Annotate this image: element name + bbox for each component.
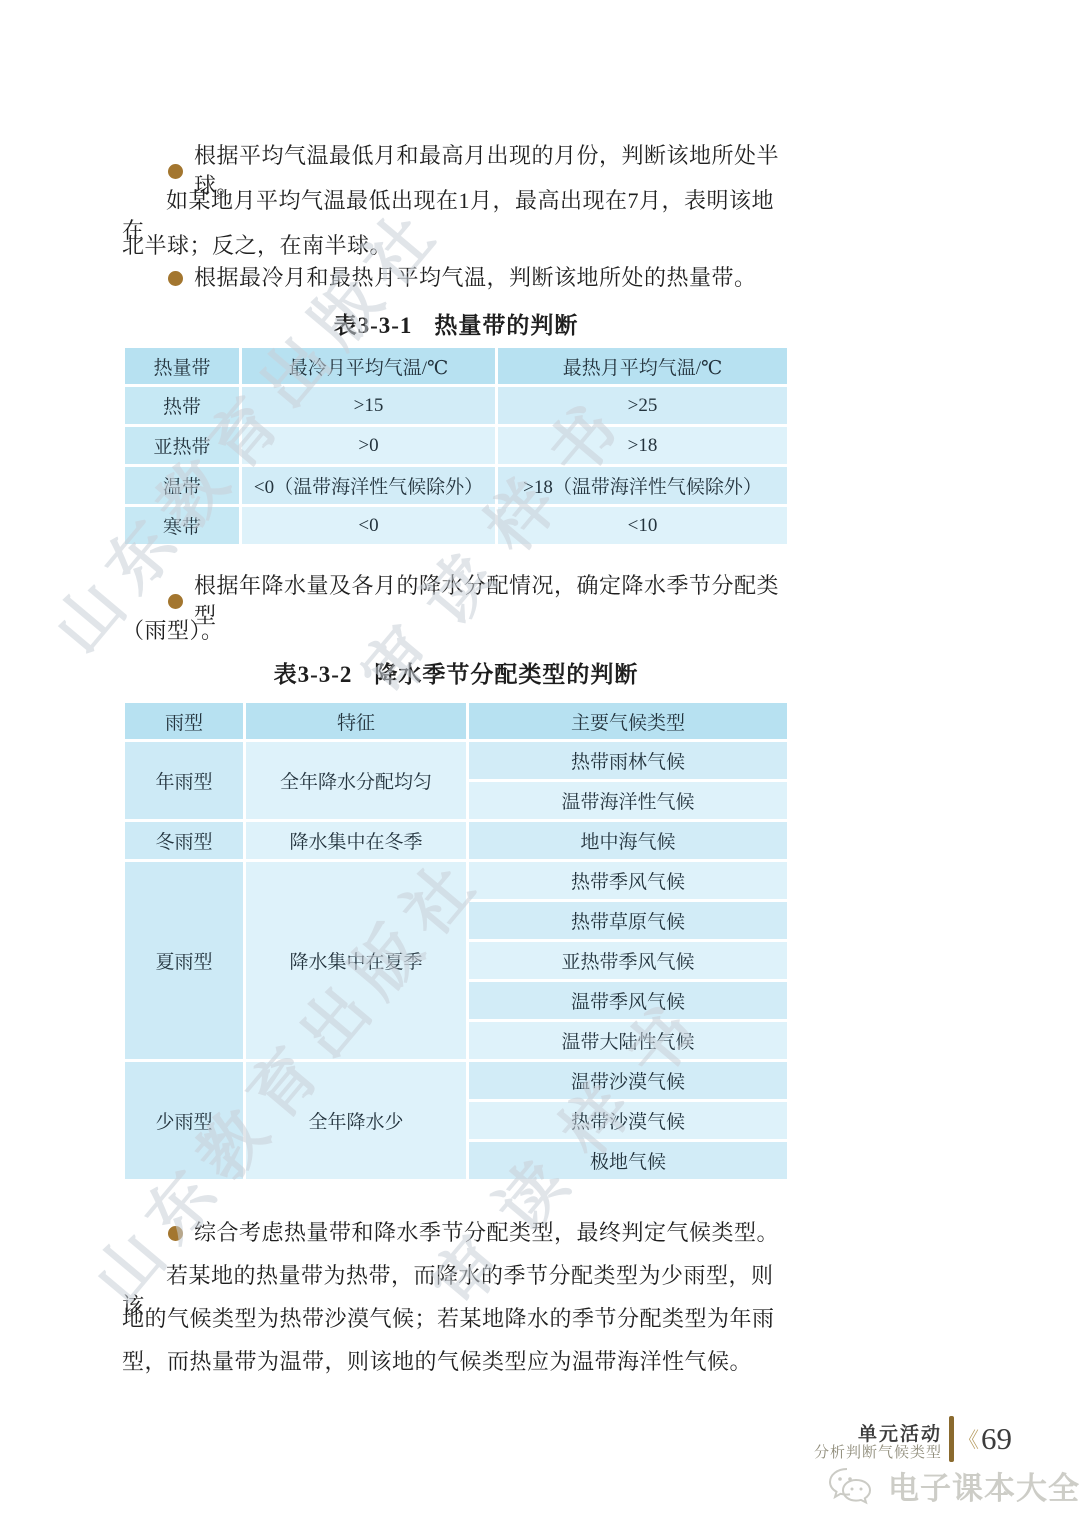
table-row: 冬雨型 降水集中在冬季 地中海气候 [125,822,787,859]
brand-watermark-text: 电子课本大全 [888,1463,1080,1508]
column-header: 特征 [246,703,466,739]
zone-cell: 温带 [125,467,239,504]
rain-type-cell: 少雨型 [125,1062,243,1179]
coldest-month-cell: <0（温带海洋性气候除外） [242,467,495,504]
feature-cell: 降水集中在冬季 [246,822,466,859]
table-3-3-2: 雨型 特征 主要气候类型 年雨型 全年降水分配均匀 热带雨林气候 温带海洋性气候… [122,700,790,1182]
hottest-month-cell: <10 [498,507,787,544]
climate-cell: 温带大陆性气候 [469,1022,787,1059]
table-row: 亚热带 >0 >18 [125,427,787,464]
rain-type-table: 雨型 特征 主要气候类型 年雨型 全年降水分配均匀 热带雨林气候 温带海洋性气候… [122,700,790,1182]
rain-type-cell: 冬雨型 [125,822,243,859]
table-row: 温带 <0（温带海洋性气候除外） >18（温带海洋性气候除外） [125,467,787,504]
table-row: 夏雨型 降水集中在夏季 热带季风气候 [125,862,787,899]
feature-cell: 全年降水分配均匀 [246,742,466,819]
climate-cell: 极地气候 [469,1142,787,1179]
paragraph-line: 北半球；反之，在南半球。 [122,231,790,261]
paragraph-line: 地的气候类型为热带沙漠气候；若某地降水的季节分配类型为年雨 [122,1304,790,1334]
footer-gold-bar [949,1416,954,1462]
feature-cell: 全年降水少 [246,1062,466,1179]
bullet-icon [168,594,183,609]
table2-caption-label: 表3-3-2 [274,662,353,687]
hottest-month-cell: >18（温带海洋性气候除外） [498,467,787,504]
climate-cell: 热带雨林气候 [469,742,787,779]
footer-chevron-icon: 《 [958,1424,979,1454]
column-header: 雨型 [125,703,243,739]
footer-section-subtitle: 分析判断气候类型 [814,1441,942,1462]
zone-cell: 寒带 [125,507,239,544]
wechat-logo-icon [826,1466,878,1506]
column-header: 热量带 [125,348,239,384]
table-row: 少雨型 全年降水少 温带沙漠气候 [125,1062,787,1099]
textbook-page: 山东教育出版社 审读样书 山东教育出版社 审读样书 根据平均气温最低月和最高月出… [0,0,1080,1537]
table1-caption-label: 表3-3-1 [334,313,413,338]
table-header-row: 热量带 最冷月平均气温/℃ 最热月平均气温/℃ [125,348,787,384]
climate-cell: 热带草原气候 [469,902,787,939]
feature-cell: 降水集中在夏季 [246,862,466,1059]
page-number: 69 [981,1421,1012,1457]
bullet-item-thermal-zone: 根据最冷月和最热月平均气温，判断该地所处的热量带。 [122,263,790,293]
table-row: 年雨型 全年降水分配均匀 热带雨林气候 [125,742,787,779]
zone-cell: 亚热带 [125,427,239,464]
climate-cell: 热带季风气候 [469,862,787,899]
climate-cell: 温带海洋性气候 [469,782,787,819]
brand-watermark: 电子课本大全 [826,1463,1080,1508]
table2-caption-title: 降水季节分配类型的判断 [374,662,638,687]
bullet-text: 根据最冷月和最热月平均气温，判断该地所处的热量带。 [194,263,757,293]
hottest-month-cell: >18 [498,427,787,464]
bullet-icon [168,164,183,179]
column-header: 最冷月平均气温/℃ [242,348,495,384]
coldest-month-cell: <0 [242,507,495,544]
table-header-row: 雨型 特征 主要气候类型 [125,703,787,739]
coldest-month-cell: >15 [242,387,495,424]
column-header: 主要气候类型 [469,703,787,739]
climate-cell: 热带沙漠气候 [469,1102,787,1139]
table1-caption-title: 热量带的判断 [434,313,578,338]
bullet-icon [168,271,183,286]
paragraph-line: 型，而热量带为温带，则该地的气候类型应为温带海洋性气候。 [122,1347,790,1377]
bullet-text: 综合考虑热量带和降水季节分配类型，最终判定气候类型。 [194,1218,779,1248]
climate-cell: 温带沙漠气候 [469,1062,787,1099]
climate-cell: 温带季风气候 [469,982,787,1019]
bullet-item-final-judgement: 综合考虑热量带和降水季节分配类型，最终判定气候类型。 [122,1218,790,1248]
bullet-text-wrap-line: （雨型）。 [122,616,790,646]
climate-cell: 地中海气候 [469,822,787,859]
table-row: 热带 >15 >25 [125,387,787,424]
table-row: 寒带 <0 <10 [125,507,787,544]
rain-type-cell: 年雨型 [125,742,243,819]
table-3-3-1: 热量带 最冷月平均气温/℃ 最热月平均气温/℃ 热带 >15 >25 亚热带 >… [122,345,790,547]
bullet-icon [168,1226,183,1241]
hottest-month-cell: >25 [498,387,787,424]
zone-cell: 热带 [125,387,239,424]
rain-type-cell: 夏雨型 [125,862,243,1059]
thermal-zone-table: 热量带 最冷月平均气温/℃ 最热月平均气温/℃ 热带 >15 >25 亚热带 >… [122,345,790,547]
coldest-month-cell: >0 [242,427,495,464]
climate-cell: 亚热带季风气候 [469,942,787,979]
column-header: 最热月平均气温/℃ [498,348,787,384]
table2-caption: 表3-3-2降水季节分配类型的判断 [122,656,790,689]
table1-caption: 表3-3-1热量带的判断 [122,307,790,340]
